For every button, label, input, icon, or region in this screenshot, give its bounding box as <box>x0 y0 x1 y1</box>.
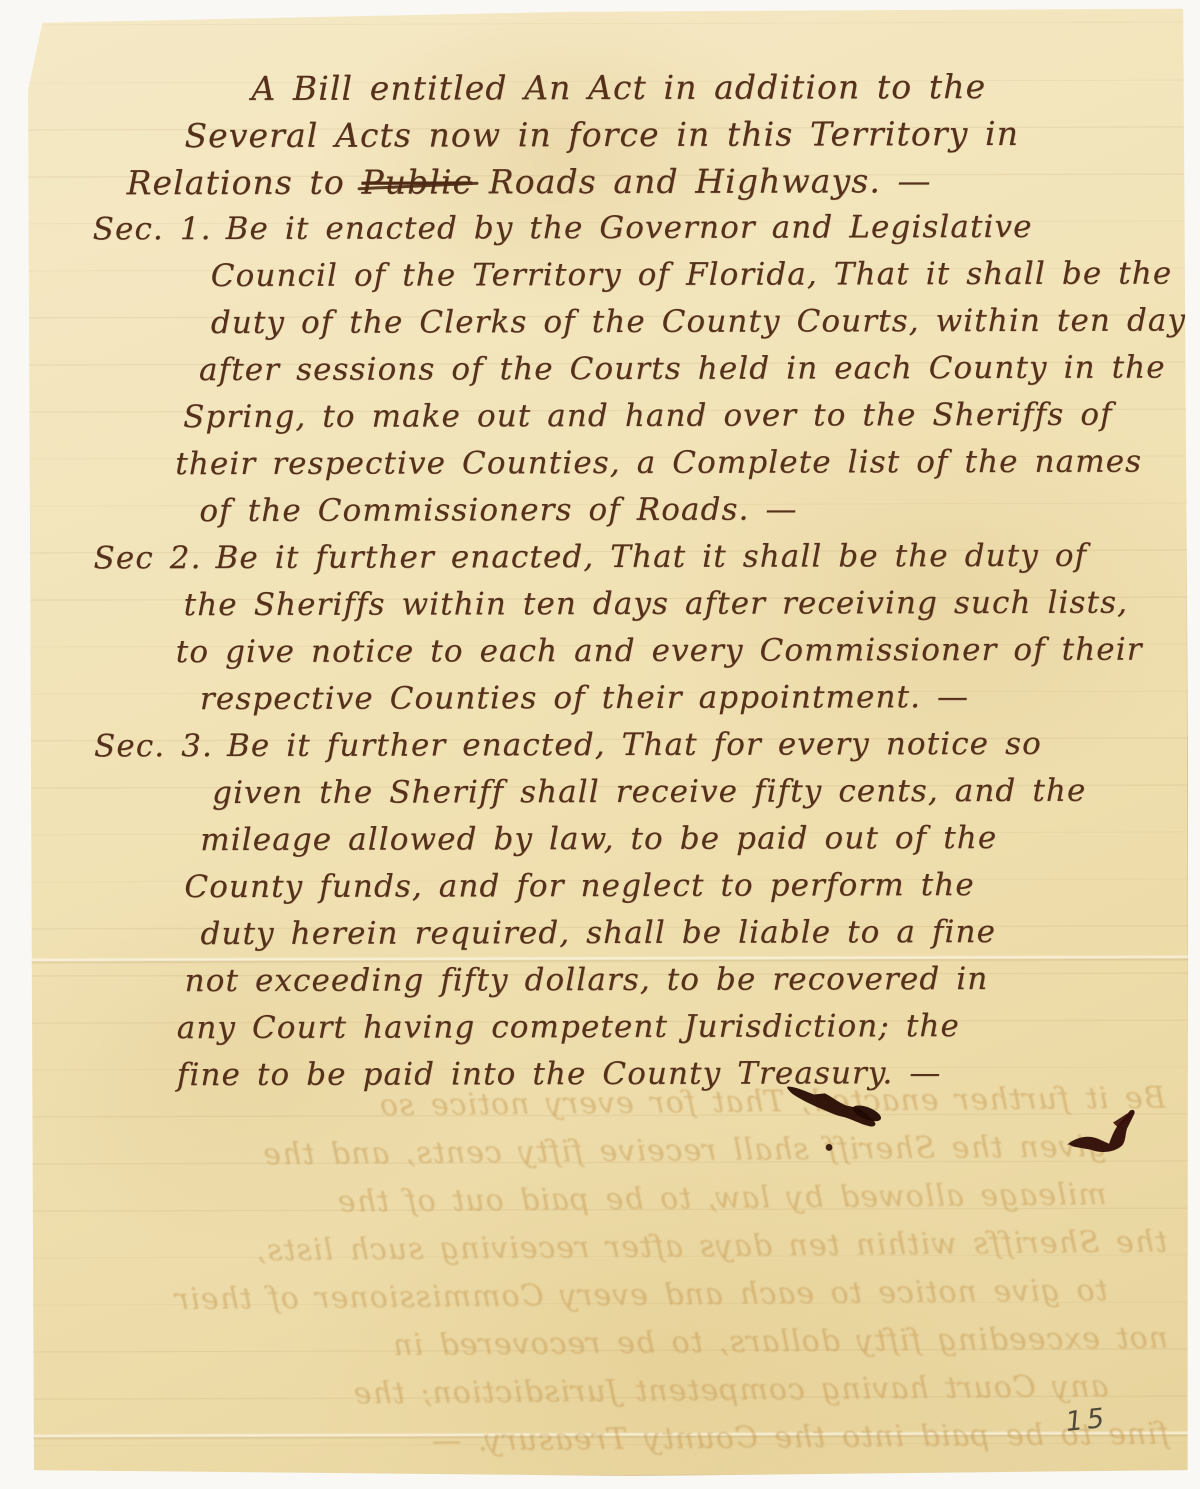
bleed-line: to give notice to each and every Commiss… <box>47 1267 1107 1325</box>
bleed-line: not exceeding fifty dollars, to be recov… <box>48 1315 1168 1374</box>
section-1: Sec. 1.Be it enacted by the Governor and… <box>27 203 1188 535</box>
section-1-line: their respective Counties, a Complete li… <box>175 438 1187 488</box>
title-post: Roads and Highways. — <box>472 161 931 201</box>
section-2-line: respective Counties of their appointment… <box>200 673 1188 723</box>
bleed-through-text: Be it further enacted, That for every no… <box>46 1075 1170 1470</box>
pencil-page-number: 15 <box>1064 1403 1109 1438</box>
section-3-line: any Court having competent Jurisdiction;… <box>177 1002 1189 1052</box>
title-line: A Bill entitled An Act in addition to th… <box>251 62 1186 111</box>
section-3: Sec. 3.Be it further enacted, That for e… <box>28 720 1189 1099</box>
section-1-line: Council of the Territory of Florida, Tha… <box>211 250 1187 300</box>
section-3-line: duty herein required, shall be liable to… <box>200 908 1188 958</box>
struck-word: Public <box>361 162 472 201</box>
section-1-line: of the Commissioners of Roads. — <box>199 485 1187 535</box>
bleed-line: given the Sheriff shall receive fifty ce… <box>46 1123 1106 1181</box>
bleed-line: any Court having competent Jurisdiction;… <box>48 1363 1108 1421</box>
section-2: Sec 2.Be it further enacted, That it sha… <box>27 532 1187 723</box>
bleed-line: mileage allowed by law, to be paid out o… <box>46 1171 1106 1229</box>
ink-speck <box>826 1144 833 1151</box>
section-1-line: duty of the Clerks of the County Courts,… <box>211 297 1187 347</box>
title-line: Several Acts now in force in this Territ… <box>184 109 1186 159</box>
section-3-label: Sec. 3. <box>94 728 213 764</box>
section-3-line: fine to be paid into the County Treasury… <box>177 1049 1189 1099</box>
section-3-line: given the Sheriff shall receive fifty ce… <box>212 767 1188 817</box>
title-line-with-strikethrough: Relations to Public Roads and Highways. … <box>126 156 1186 206</box>
section-3-line: not exceeding fifty dollars, to be recov… <box>185 955 1189 1005</box>
ink-blot-streak-blob <box>851 1102 883 1124</box>
section-1-first-line: Sec. 1.Be it enacted by the Governor and… <box>93 203 1187 253</box>
title-pre: Relations to <box>126 163 361 203</box>
section-3-line: mileage allowed by law, to be paid out o… <box>200 814 1188 864</box>
bleed-line: fine to be paid into the County Treasury… <box>49 1411 1169 1470</box>
manuscript-text: A Bill entitled An Act in addition to th… <box>26 6 1189 1099</box>
bleed-line: the Sheriffs within ten days after recei… <box>47 1219 1167 1278</box>
section-3-line: County funds, and for neglect to perform… <box>184 861 1188 911</box>
section-2-first-line: Sec 2.Be it further enacted, That it sha… <box>93 532 1187 582</box>
section-2-text: Be it further enacted, That it shall be … <box>215 538 1087 576</box>
section-1-line: Spring, to make out and hand over to the… <box>183 391 1187 441</box>
section-2-line: to give notice to each and every Commiss… <box>176 626 1188 676</box>
section-1-line: after sessions of the Courts held in eac… <box>199 344 1187 394</box>
paper-crease-bottom <box>30 1430 1190 1440</box>
section-1-label: Sec. 1. <box>93 211 212 247</box>
section-2-line: the Sheriffs within ten days after recei… <box>184 579 1188 629</box>
manuscript-page: Be it further enacted, That for every no… <box>26 6 1190 1477</box>
ink-blot-bird <box>1067 1110 1135 1152</box>
ink-blot-bird-wing <box>1113 1113 1130 1128</box>
section-2-label: Sec 2. <box>93 540 201 576</box>
section-1-text: Be it enacted by the Governor and Legisl… <box>226 209 1033 247</box>
section-3-first-line: Sec. 3.Be it further enacted, That for e… <box>94 720 1188 770</box>
section-3-text: Be it further enacted, That for every no… <box>227 726 1042 764</box>
